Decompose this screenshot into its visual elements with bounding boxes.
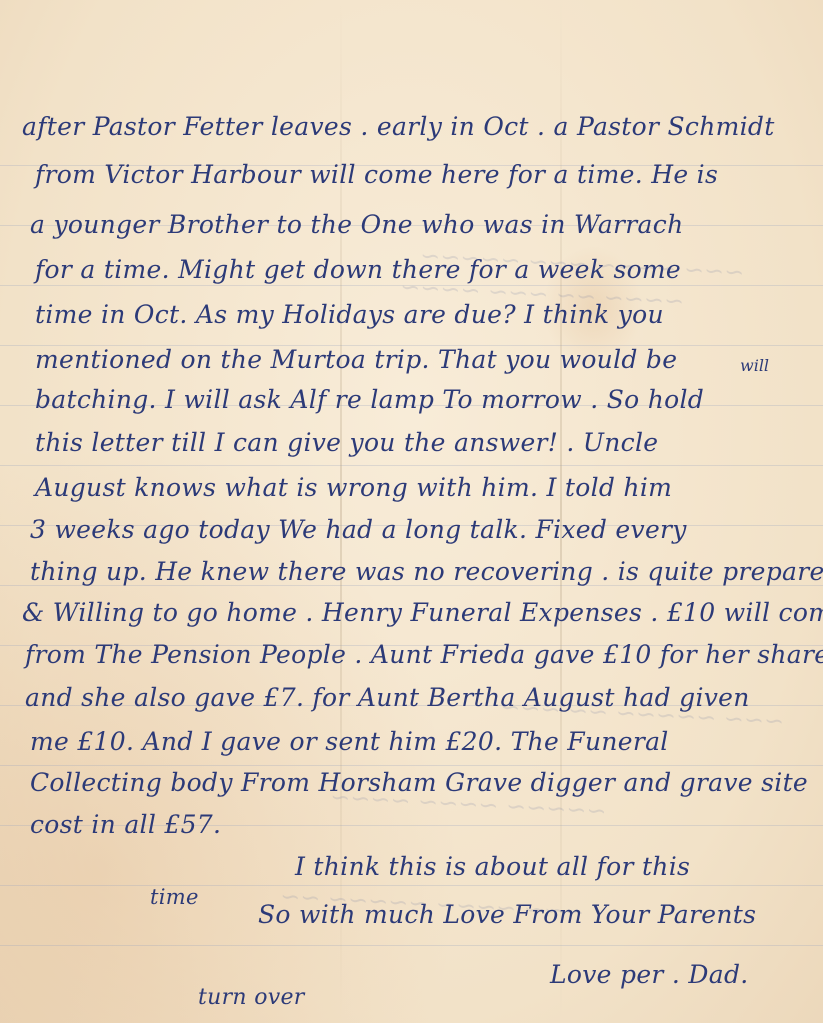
closing-line-2: So with much Love From Your Parents [258,900,756,929]
letter-line-1: after Pastor Fetter leaves . early in Oc… [22,112,775,141]
letter-line-3: a younger Brother to the One who was in … [30,210,683,239]
ruled-line [0,765,823,766]
ruled-line [0,945,823,946]
letter-line-9: August knows what is wrong with him. I t… [35,473,672,502]
letter-page: ~~~ ~~~~ ~~~ ~~~~~ ~~~~ ~~ ~~~ ~~~~ ~~~ … [0,0,823,1023]
letter-line-8: this letter till I can give you the answ… [35,428,658,457]
ruled-line [0,885,823,886]
signoff: Love per . Dad. [550,960,749,989]
letter-line-2: from Victor Harbour will come here for a… [35,160,718,189]
letter-line-15: me £10. And I gave or sent him £20. The … [30,727,669,756]
letter-line-10: 3 weeks ago today We had a long talk. Fi… [30,515,687,544]
letter-line-6: mentioned on the Murtoa trip. That you w… [35,345,677,374]
letter-line-16: Collecting body From Horsham Grave digge… [30,768,808,797]
letter-line-7: batching. I will ask Alf re lamp To morr… [35,385,704,414]
turn-over-note: turn over [198,985,305,1010]
insertion-will: will [740,356,769,375]
letter-line-13: from The Pension People . Aunt Frieda ga… [25,640,823,669]
ruled-line [0,465,823,466]
closing-line-1: I think this is about all for this [295,852,690,881]
letter-line-14: and she also gave £7. for Aunt Bertha Au… [25,683,750,712]
letter-line-5: time in Oct. As my Holidays are due? I t… [35,300,664,329]
letter-line-17: cost in all £57. [30,810,221,839]
letter-line-12: & Willing to go home . Henry Funeral Exp… [22,598,823,627]
closing-margin-time: time [150,885,199,909]
letter-line-4: for a time. Might get down there for a w… [35,255,681,284]
letter-line-11: thing up. He knew there was no recoverin… [30,557,823,586]
